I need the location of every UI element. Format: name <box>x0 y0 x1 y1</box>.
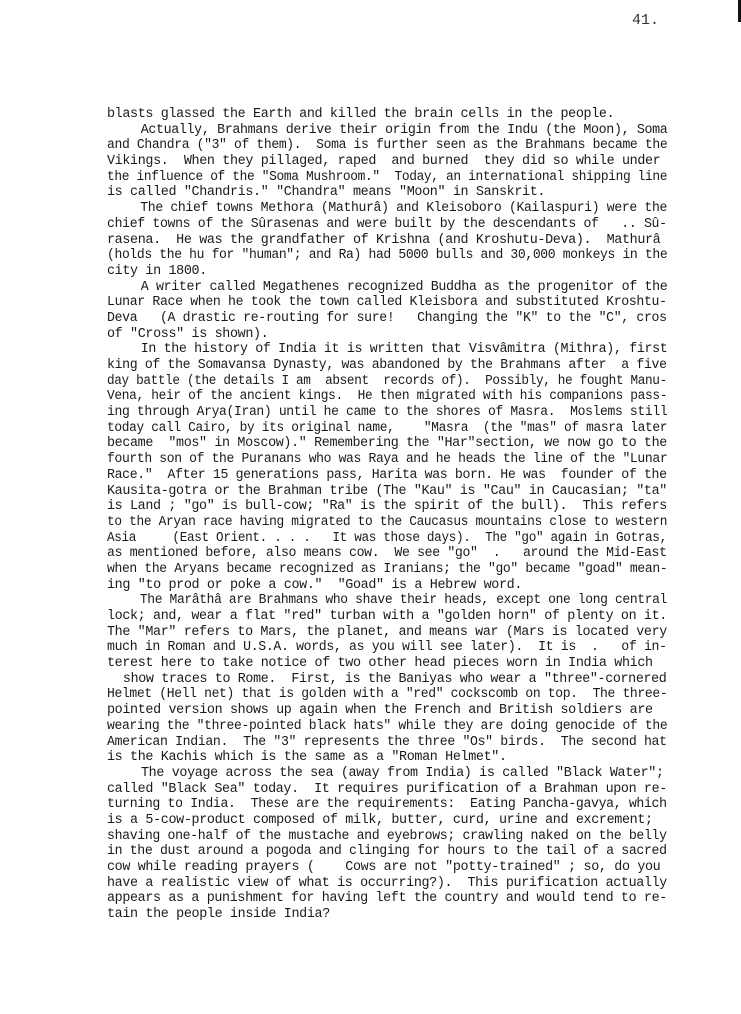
text-line: Vikings. When they pillaged, raped and b… <box>107 154 667 170</box>
text-line: is the Kachis which is the same as a "Ro… <box>107 750 667 766</box>
text-line: shaving one-half of the mustache and eye… <box>107 829 658 845</box>
text-line: and Chandra ("3" of them). Soma is furth… <box>107 138 651 154</box>
text-line: in the dust around a pogoda and clinging… <box>107 844 658 860</box>
text-line: Lunar Race when he took the town called … <box>107 295 658 311</box>
text-line: pointed version shows up again when the … <box>107 703 667 719</box>
text-line: have a realistic view of what is occurri… <box>107 876 666 892</box>
text-line: when the Aryans became recognized as Ira… <box>107 562 651 578</box>
text-line: of "Cross" is shown). <box>107 327 667 343</box>
text-line: chief towns of the Sûrasenas and were bu… <box>107 217 658 233</box>
text-line: show traces to Rome. First, is the Baniy… <box>107 672 665 688</box>
text-line: king of the Somavansa Dynasty, was aband… <box>107 358 658 374</box>
text-line: lock; and, wear a flat "red" turban with… <box>107 609 666 625</box>
text-line: called "Black Sea" today. It requires pu… <box>107 782 666 798</box>
text-line: The Marâthâ are Brahmans who shave their… <box>107 593 648 609</box>
text-line: Kausita-gotra or the Brahman tribe (The … <box>107 484 666 500</box>
text-line: In the history of India it is written th… <box>107 342 663 358</box>
text-line: The voyage across the sea (away from Ind… <box>107 766 667 782</box>
text-line: wearing the "three-pointed black hats" w… <box>107 719 651 735</box>
text-line: Vena, heir of the ancient kings. He then… <box>107 389 644 405</box>
text-line: is a 5-cow-product composed of milk, but… <box>107 813 667 829</box>
page-number: 41. <box>632 12 659 29</box>
text-line: much in Roman and U.S.A. words, as you w… <box>107 640 658 656</box>
text-line: cow while reading prayers ( Cows are not… <box>107 860 667 876</box>
text-line: A writer called Megathenes recognized Bu… <box>107 280 663 296</box>
text-line: is called "Chandris." "Chandra" means "M… <box>107 185 667 201</box>
text-line: blasts glassed the Earth and killed the … <box>107 107 667 123</box>
text-line: (holds the hu for "human"; and Ra) had 5… <box>107 248 651 264</box>
text-line: terest here to take notice of two other … <box>107 656 667 672</box>
text-line: The chief towns Methora (Mathurâ) and Kl… <box>107 201 655 217</box>
text-line: American Indian. The "3" represents the … <box>107 735 658 751</box>
text-line: Asia (East Orient. . . . It was those da… <box>107 531 637 547</box>
text-line: ing "to prod or poke a cow." "Goad" is a… <box>107 578 667 594</box>
text-line: as mentioned before, also means cow. We … <box>107 546 658 562</box>
text-line: today call Cairo, by its original name, … <box>107 421 644 437</box>
text-line: the influence of the "Soma Mushroom." To… <box>107 170 644 186</box>
text-line: tain the people inside India? <box>107 907 667 923</box>
text-line: appears as a punishment for having left … <box>107 891 666 907</box>
text-line: fourth son of the Puranans who was Raya … <box>107 452 651 468</box>
text-line: Helmet (Hell net) that is golden with a … <box>107 687 651 703</box>
text-line: ing through Arya(Iran) until he came to … <box>107 405 651 421</box>
text-line: turning to India. These are the requirem… <box>107 797 658 813</box>
text-line: day battle (the details I am absent reco… <box>107 374 637 390</box>
text-line: Race." After 15 generations pass, Harita… <box>107 468 658 484</box>
text-line: is Land ; "go" is bull-cow; "Ra" is the … <box>107 499 666 515</box>
document-body: blasts glassed the Earth and killed the … <box>107 107 667 923</box>
text-line: became "mos" in Moscow)." Remembering th… <box>107 436 666 452</box>
text-line: to the Aryan race having migrated to the… <box>107 515 644 531</box>
text-line: Actually, Brahmans derive their origin f… <box>107 123 663 139</box>
text-line: rasena. He was the grandfather of Krishn… <box>107 233 667 249</box>
text-line: The "Mar" refers to Mars, the planet, an… <box>107 625 666 641</box>
text-line: Deva (A drastic re-routing for sure! Cha… <box>107 311 658 327</box>
text-line: city in 1800. <box>107 264 667 280</box>
